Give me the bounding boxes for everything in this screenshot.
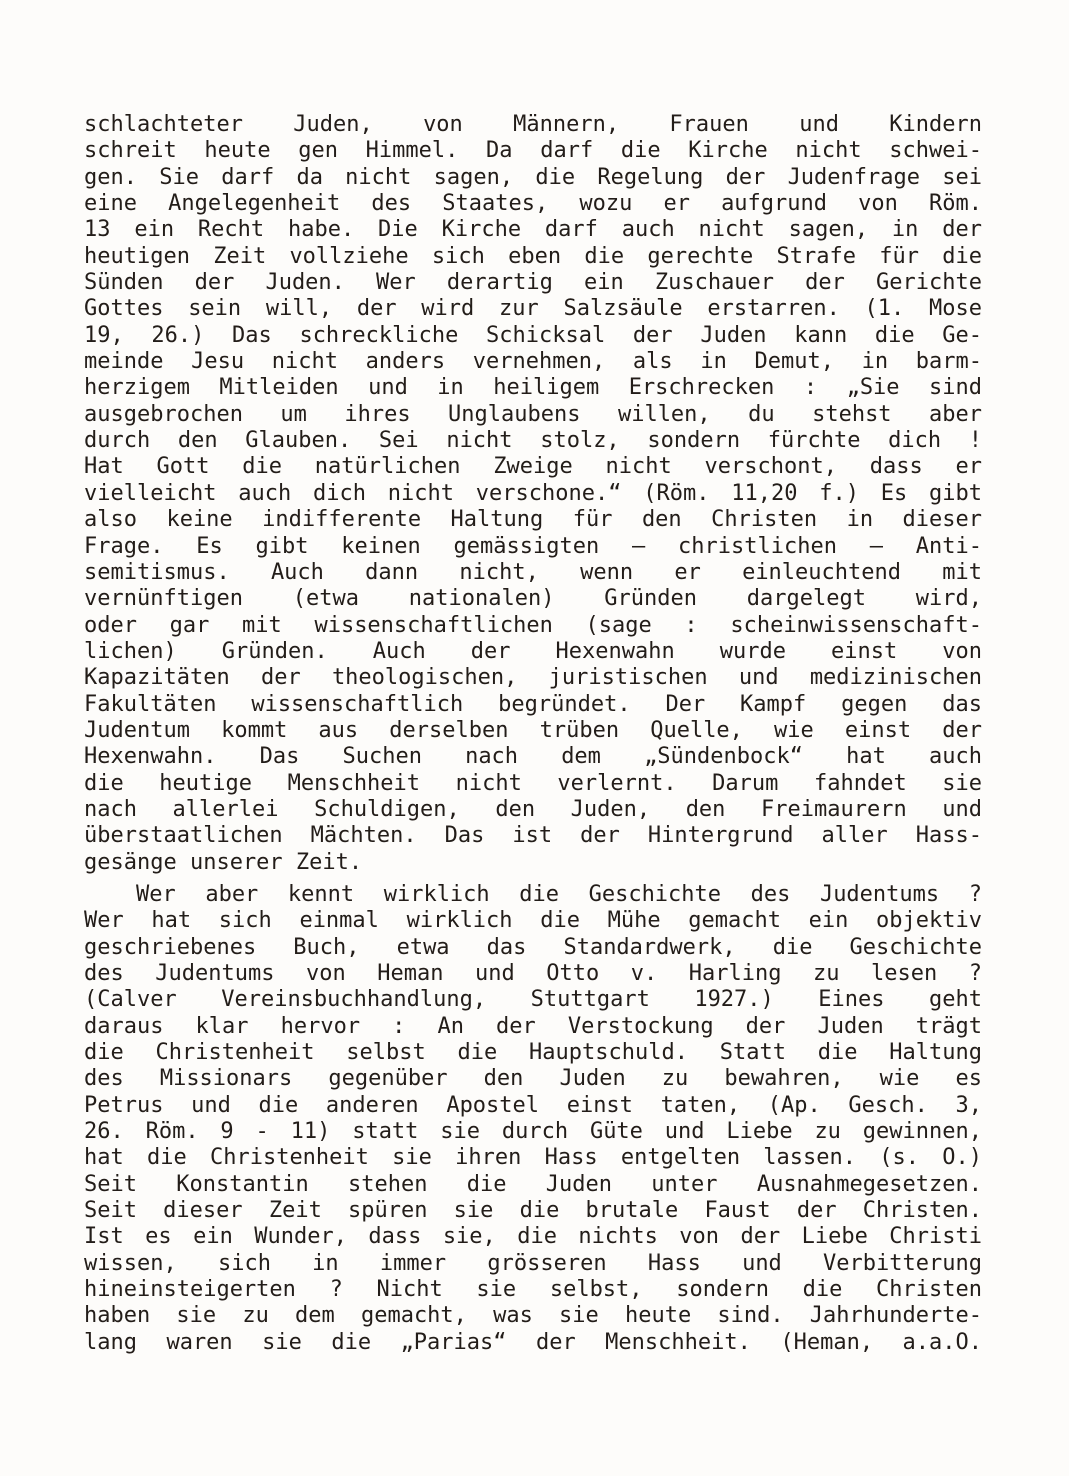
text-line: eine Angelegenheit des Staates, wozu er … bbox=[84, 191, 982, 217]
text-line: (Calver Vereinsbuchhandlung, Stuttgart 1… bbox=[84, 987, 982, 1013]
text-line: lang waren sie die „Parias“ der Menschhe… bbox=[84, 1330, 982, 1356]
paragraph-2: Wer aber kennt wirklich die Geschichte d… bbox=[84, 882, 982, 1356]
text-line: meinde Jesu nicht anders vernehmen, als … bbox=[84, 349, 982, 375]
text-line: gesänge unserer Zeit. bbox=[84, 850, 982, 876]
text-line: 19, 26.) Das schreckliche Schicksal der … bbox=[84, 323, 982, 349]
text-line: Fakultäten wissenschaftlich begründet. D… bbox=[84, 692, 982, 718]
text-line: Hexenwahn. Das Suchen nach dem „Sündenbo… bbox=[84, 744, 982, 770]
text-line: vielleicht auch dich nicht verschone.“ (… bbox=[84, 481, 982, 507]
text-line: durch den Glauben. Sei nicht stolz, sond… bbox=[84, 428, 982, 454]
text-line: herzigem Mitleiden und in heiligem Ersch… bbox=[84, 375, 982, 401]
text-line: Gottes sein will, der wird zur Salzsäule… bbox=[84, 296, 982, 322]
text-line: schreit heute gen Himmel. Da darf die Ki… bbox=[84, 138, 982, 164]
text-line: Kapazitäten der theologischen, juristisc… bbox=[84, 665, 982, 691]
text-line: geschriebenes Buch, etwa das Standardwer… bbox=[84, 935, 982, 961]
text-line: Ist es ein Wunder, dass sie, die nichts … bbox=[84, 1224, 982, 1250]
text-line: Sünden der Juden. Wer derartig ein Zusch… bbox=[84, 270, 982, 296]
text-line: Judentum kommt aus derselben trüben Quel… bbox=[84, 718, 982, 744]
text-line: lichen) Gründen. Auch der Hexenwahn wurd… bbox=[84, 639, 982, 665]
text-line: oder gar mit wissenschaftlichen (sage : … bbox=[84, 613, 982, 639]
text-line: die heutige Menschheit nicht verlernt. D… bbox=[84, 771, 982, 797]
text-line: ausgebrochen um ihres Unglaubens willen,… bbox=[84, 402, 982, 428]
text-line: hineinsteigerten ? Nicht sie selbst, son… bbox=[84, 1277, 982, 1303]
text-line: hat die Christenheit sie ihren Hass entg… bbox=[84, 1145, 982, 1171]
text-line: Wer aber kennt wirklich die Geschichte d… bbox=[84, 882, 982, 908]
text-line: wissen, sich in immer grösseren Hass und… bbox=[84, 1251, 982, 1277]
text-line: haben sie zu dem gemacht, was sie heute … bbox=[84, 1303, 982, 1329]
text-line: Seit Konstantin stehen die Juden unter A… bbox=[84, 1172, 982, 1198]
text-line: Wer hat sich einmal wirklich die Mühe ge… bbox=[84, 908, 982, 934]
text-line: 26. Röm. 9 - 11) statt sie durch Güte un… bbox=[84, 1119, 982, 1145]
text-line: Frage. Es gibt keinen gemässigten — chri… bbox=[84, 534, 982, 560]
document-page: schlachteter Juden, von Männern, Frauen … bbox=[84, 112, 982, 1356]
text-line: Seit dieser Zeit spüren sie die brutale … bbox=[84, 1198, 982, 1224]
text-line: heutigen Zeit vollziehe sich eben die ge… bbox=[84, 244, 982, 270]
text-line: schlachteter Juden, von Männern, Frauen … bbox=[84, 112, 982, 138]
text-line: des Missionars gegenüber den Juden zu be… bbox=[84, 1066, 982, 1092]
text-line: daraus klar hervor : An der Verstockung … bbox=[84, 1014, 982, 1040]
text-line: vernünftigen (etwa nationalen) Gründen d… bbox=[84, 586, 982, 612]
text-line: semitismus. Auch dann nicht, wenn er ein… bbox=[84, 560, 982, 586]
paragraph-1: schlachteter Juden, von Männern, Frauen … bbox=[84, 112, 982, 876]
text-line: gen. Sie darf da nicht sagen, die Regelu… bbox=[84, 165, 982, 191]
text-line: des Judentums von Heman und Otto v. Harl… bbox=[84, 961, 982, 987]
text-line: Petrus und die anderen Apostel einst tat… bbox=[84, 1093, 982, 1119]
text-line: Hat Gott die natürlichen Zweige nicht ve… bbox=[84, 454, 982, 480]
text-line: also keine indifferente Haltung für den … bbox=[84, 507, 982, 533]
text-line: nach allerlei Schuldigen, den Juden, den… bbox=[84, 797, 982, 823]
text-line: überstaatlichen Mächten. Das ist der Hin… bbox=[84, 823, 982, 849]
text-line: die Christenheit selbst die Hauptschuld.… bbox=[84, 1040, 982, 1066]
text-line: 13 ein Recht habe. Die Kirche darf auch … bbox=[84, 217, 982, 243]
